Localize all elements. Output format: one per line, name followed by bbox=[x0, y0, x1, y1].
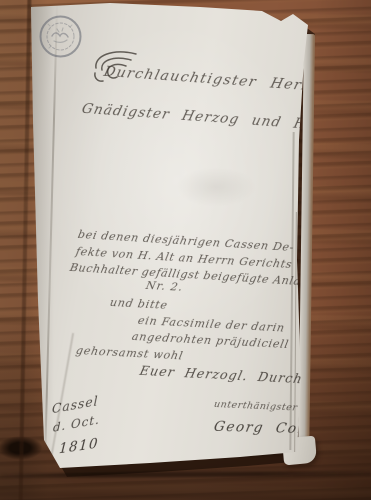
valediction: Euer Herzogl. Durchl. bbox=[138, 363, 314, 387]
wood-grain-streak bbox=[0, 471, 371, 479]
dateline-day-month: d. Oct. bbox=[53, 413, 100, 436]
ink-show-through-smudge bbox=[176, 167, 256, 207]
petition-intro: und bitte bbox=[109, 296, 169, 312]
petition-close: gehorsamst wohl bbox=[75, 344, 185, 363]
dateline-place: Cassel bbox=[52, 393, 99, 417]
wood-plank-seam bbox=[19, 0, 32, 500]
dateline-year: 1810 bbox=[58, 435, 99, 457]
round-seal-icon bbox=[38, 14, 83, 59]
photo-of-manuscript: Durchlauchtigster Herzog, Gnädigster Her… bbox=[0, 0, 371, 500]
manuscript-page: Durchlauchtigster Herzog, Gnädigster Her… bbox=[26, 2, 316, 472]
signature-closing: unterthänigster bbox=[213, 399, 298, 414]
signature-name: Georg Conrad bbox=[212, 419, 337, 438]
sheet-edge-line bbox=[294, 212, 297, 452]
body-line-enclosure-number: Nr. 2. bbox=[145, 279, 185, 294]
